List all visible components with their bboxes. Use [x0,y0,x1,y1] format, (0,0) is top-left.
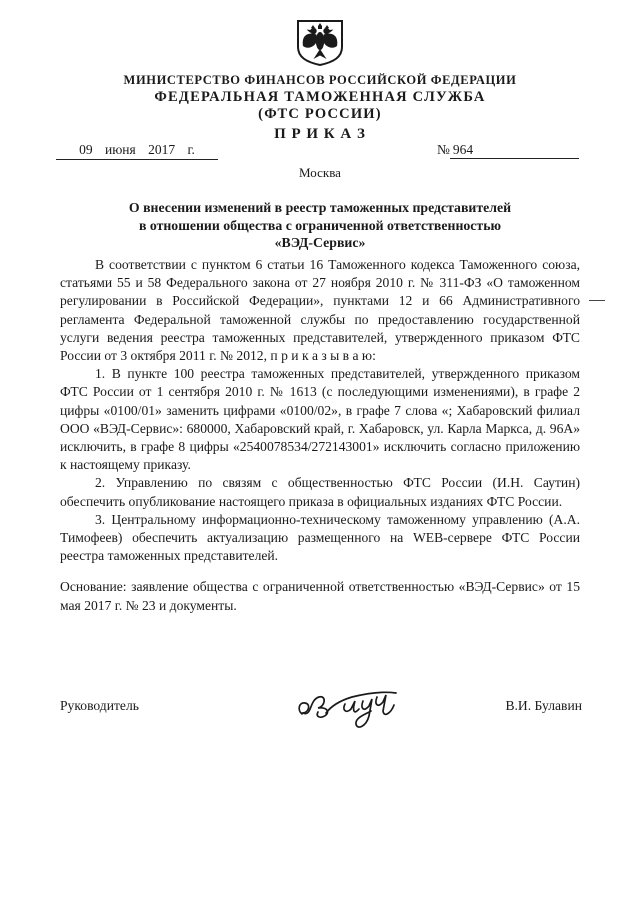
order-number-block: №964 [437,142,579,159]
signature-row: Руководитель В.И. Булавин [60,690,582,750]
document-page: МИНИСТЕРСТВО ФИНАНСОВ РОССИЙСКОЙ ФЕДЕРАЦ… [0,0,640,905]
signer-name: В.И. Булавин [505,698,582,714]
order-item-1: 1. В пункте 100 реестра таможенных предс… [60,365,580,474]
preamble-paragraph: В соответствии с пунктом 6 статьи 16 Там… [60,256,580,365]
order-item-3: 3. Центральному информационно-техническо… [60,511,580,566]
signer-position: Руководитель [60,698,139,714]
order-title: О внесении изменений в реестр таможенных… [60,199,580,252]
basis-paragraph: Основание: заявление общества с ограниче… [60,578,580,614]
order-body: В соответствии с пунктом 6 статьи 16 Там… [60,256,580,615]
order-date: 09 июня 2017 г. [56,142,218,160]
order-item-2: 2. Управлению по связям с общественность… [60,474,580,510]
city-label: Москва [0,165,640,181]
order-number: 964 [450,142,579,159]
russia-coat-of-arms-icon [294,19,346,67]
order-title-line: О внесении изменений в реестр таможенных… [60,199,580,217]
document-type-heading: П Р И К А З [0,126,640,143]
handwritten-signature-icon [290,682,410,742]
agency-abbreviation: (ФТС РОССИИ) [0,106,640,123]
number-sign: № [437,142,450,157]
agency-name: ФЕДЕРАЛЬНАЯ ТАМОЖЕННАЯ СЛУЖБА [0,89,640,106]
number-line-dash [589,300,605,301]
order-title-line: в отношении общества с ограниченной отве… [60,217,580,235]
ministry-name: МИНИСТЕРСТВО ФИНАНСОВ РОССИЙСКОЙ ФЕДЕРАЦ… [0,73,640,88]
order-title-line: «ВЭД-Сервис» [60,234,580,252]
